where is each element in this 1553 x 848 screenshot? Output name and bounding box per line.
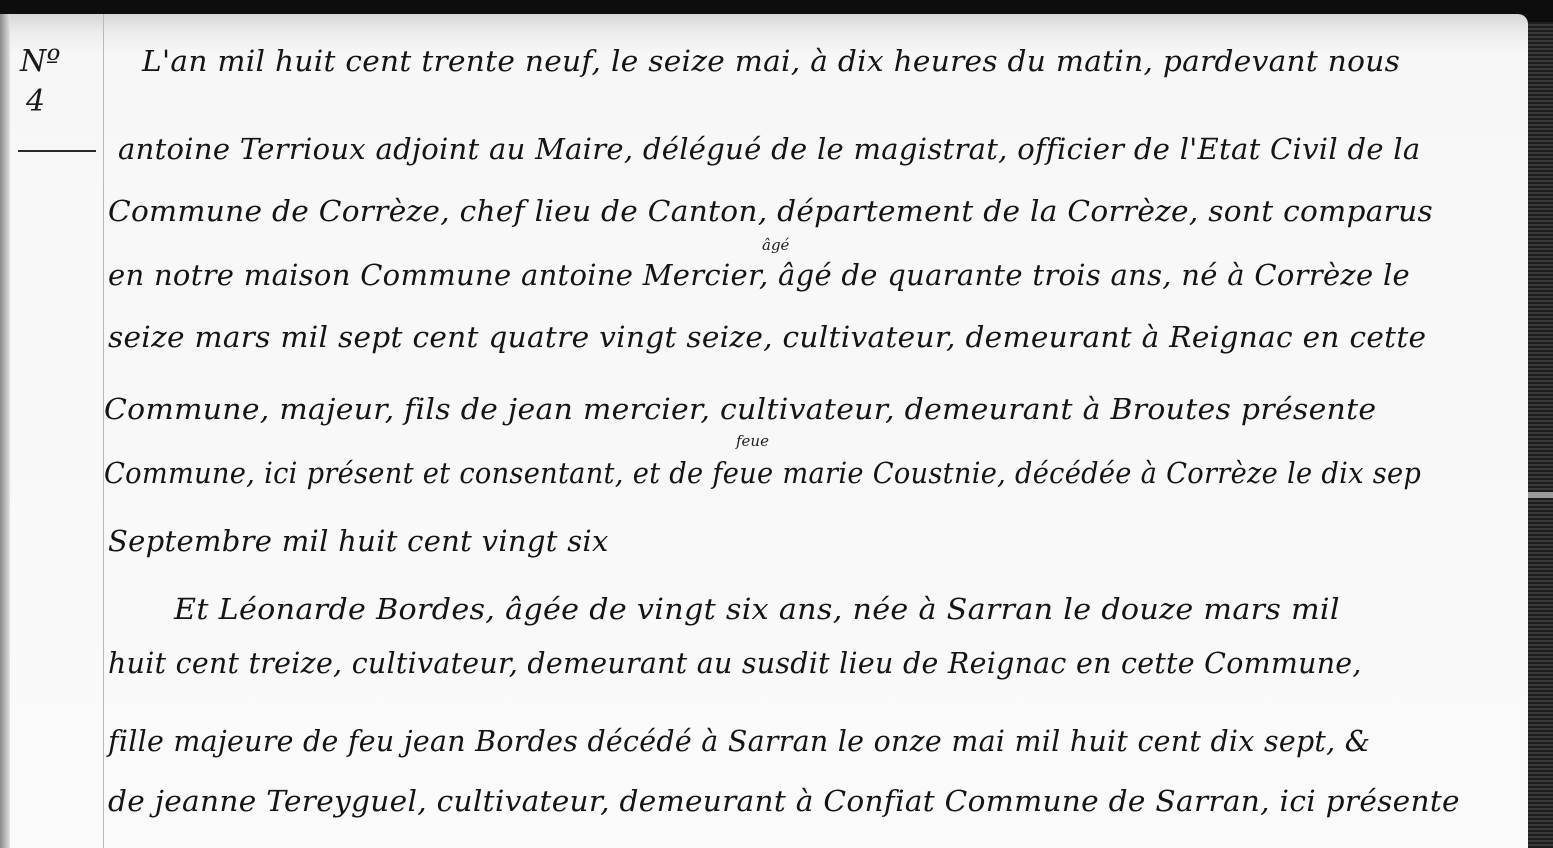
text-line-3: Commune de Corrèze, chef lieu de Canton,… xyxy=(108,194,1433,228)
interlinear-note-feue: feue xyxy=(736,432,769,450)
text-line-2: antoine Terrioux adjoint au Maire, délég… xyxy=(118,132,1420,166)
interlinear-note-age: âgé xyxy=(762,236,789,254)
text-line-9: Et Léonarde Bordes, âgée de vingt six an… xyxy=(174,592,1340,626)
scanned-document: Nº 4 L'an mil huit cent trente neuf, le … xyxy=(0,0,1553,848)
page-edge-shadow xyxy=(0,14,10,848)
margin-rule xyxy=(103,14,104,848)
text-line-6: Commune, majeur, fils de jean mercier, c… xyxy=(104,392,1376,426)
entry-number: Nº 4 xyxy=(20,42,90,122)
text-line-11: fille majeure de feu jean Bordes décédé … xyxy=(108,724,1370,758)
text-line-10: huit cent treize, cultivateur, demeurant… xyxy=(108,646,1362,680)
text-line-1: L'an mil huit cent trente neuf, le seize… xyxy=(142,44,1400,78)
entry-label: Nº xyxy=(20,42,90,82)
entry-underline xyxy=(18,150,96,152)
text-line-12: de jeanne Tereyguel, cultivateur, demeur… xyxy=(108,784,1460,818)
text-line-5: seize mars mil sept cent quatre vingt se… xyxy=(108,320,1426,354)
text-line-8: Septembre mil huit cent vingt six xyxy=(108,524,609,558)
book-binding-edge xyxy=(1528,22,1553,848)
entry-number-value: 4 xyxy=(20,82,90,122)
text-line-4: en notre maison Commune antoine Mercier,… xyxy=(108,258,1410,292)
text-line-7: Commune, ici présent et consentant, et d… xyxy=(104,456,1421,490)
register-page: Nº 4 L'an mil huit cent trente neuf, le … xyxy=(0,14,1528,848)
